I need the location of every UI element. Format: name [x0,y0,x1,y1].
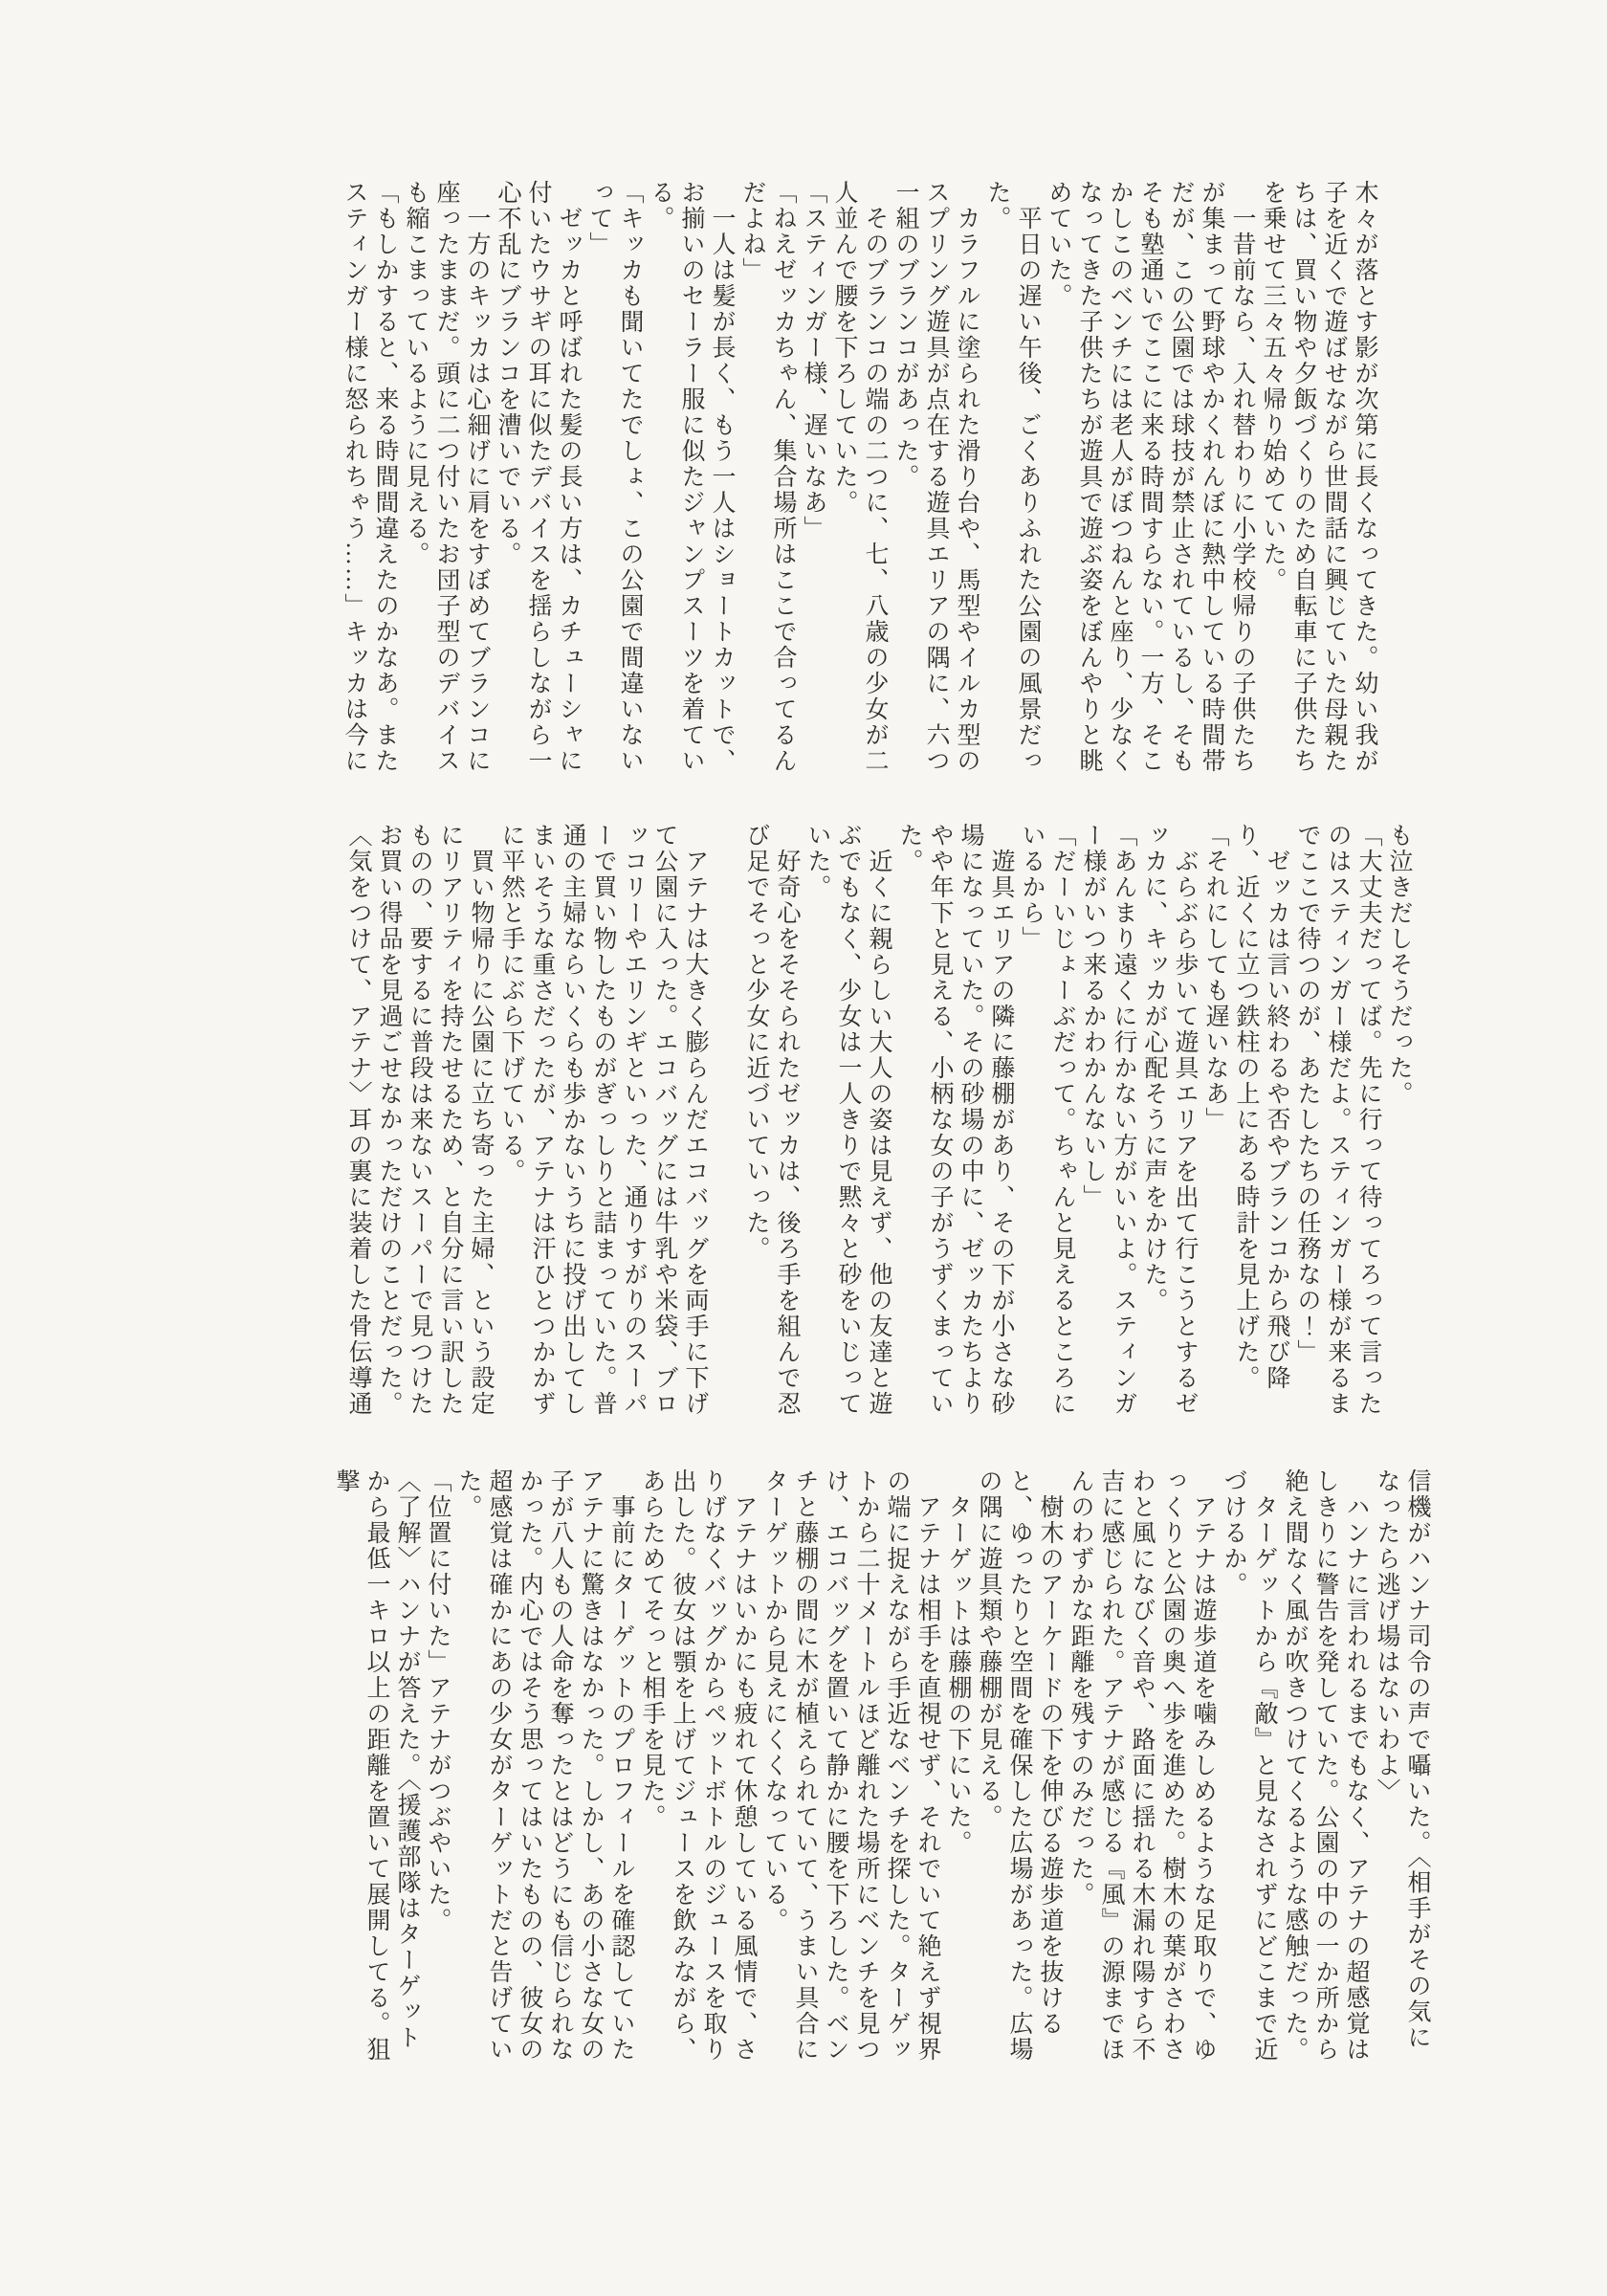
text-band-top: 木々が落とす影が次第に長くなってきた。幼い我が子を近くで遊ばせながら世間話に興じ… [339,180,1379,775]
text-band-bottom: 信機がハンナ司令の声で囁いた。〈相手がその気になったら逃げ場はないわよ〉 ハンナ… [330,1468,1432,2064]
text-band-middle: も泣きだしそうだった。 「大丈夫だってば。先に行って待ってろって言ったのはスティ… [342,823,1414,1418]
scanned-novel-page: 木々が落とす影が次第に長くなってきた。幼い我が子を近くで遊ばせながら世間話に興じ… [0,0,1607,2296]
